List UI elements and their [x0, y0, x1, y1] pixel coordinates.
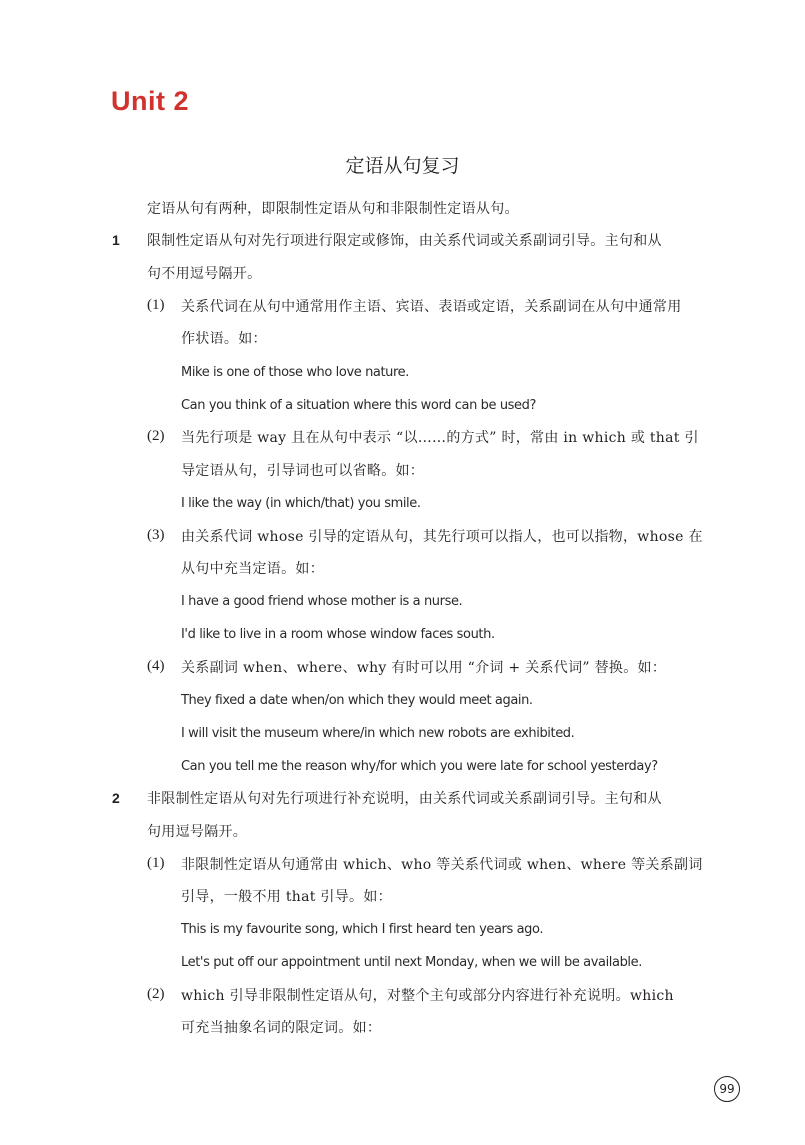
item-text: 引导，一般不用 that 引导。如：: [181, 888, 392, 906]
item-text: 可充当抽象名词的限定词。如：: [181, 1019, 381, 1037]
item-label: (4): [147, 658, 165, 675]
item-text: which 引导非限制性定语从句，对整个主句或部分内容进行补充说明。which: [181, 987, 674, 1005]
example-sentence: Mike is one of those who love nature.: [181, 364, 409, 382]
intro-text: 定语从句有两种，即限制性定语从句和非限制性定语从句。: [147, 200, 519, 218]
example-sentence: Can you think of a situation where this …: [181, 397, 536, 415]
page-number: 99: [714, 1076, 740, 1102]
example-sentence: This is my favourite song, which I first…: [181, 921, 543, 939]
section-text: 句不用逗号隔开。: [147, 265, 261, 283]
item-text: 从句中充当定语。如：: [181, 560, 324, 578]
item-text: 导定语从句，引导词也可以省略。如：: [181, 462, 424, 480]
section-text: 限制性定语从句对先行项进行限定或修饰，由关系代词或关系副词引导。主句和从: [147, 232, 662, 250]
example-sentence: I have a good friend whose mother is a n…: [181, 593, 462, 611]
section-text: 句用逗号隔开。: [147, 823, 247, 841]
section-number: 1: [112, 232, 120, 248]
example-sentence: Can you tell me the reason why/for which…: [181, 758, 658, 776]
item-label: (1): [147, 855, 165, 872]
item-text: 非限制性定语从句通常由 which、who 等关系代词或 when、where …: [181, 856, 703, 874]
example-sentence: Let's put off our appointment until next…: [181, 954, 642, 972]
item-label: (3): [147, 527, 165, 544]
unit-title: Unit 2: [111, 86, 189, 117]
item-label: (2): [147, 986, 165, 1003]
example-sentence: I'd like to live in a room whose window …: [181, 626, 495, 644]
item-text: 当先行项是 way 且在从句中表示 “以……的方式” 时，常由 in which…: [181, 429, 699, 447]
item-label: (1): [147, 297, 165, 314]
example-sentence: I like the way (in which/that) you smile…: [181, 495, 421, 513]
item-label: (2): [147, 428, 165, 445]
example-sentence: I will visit the museum where/in which n…: [181, 725, 574, 743]
example-sentence: They fixed a date when/on which they wou…: [181, 692, 533, 710]
page-title: 定语从句复习: [0, 151, 805, 178]
item-text: 关系代词在从句中通常用作主语、宾语、表语或定语，关系副词在从句中通常用: [181, 298, 682, 316]
item-text: 由关系代词 whose 引导的定语从句，其先行项可以指人，也可以指物，whose…: [181, 528, 703, 546]
item-text: 关系副词 when、where、why 有时可以用 “介词 + 关系代词” 替换…: [181, 659, 666, 677]
section-text: 非限制性定语从句对先行项进行补充说明，由关系代词或关系副词引导。主句和从: [147, 790, 662, 808]
item-text: 作状语。如：: [181, 330, 267, 348]
section-number: 2: [112, 790, 120, 806]
